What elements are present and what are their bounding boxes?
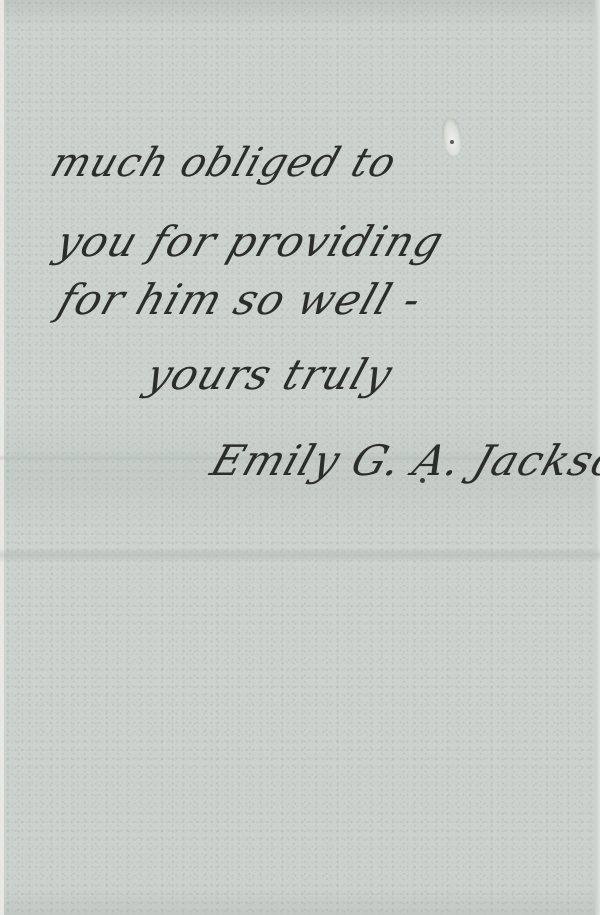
closing-salutation: yours truly bbox=[140, 350, 399, 399]
handwritten-line-1: much obliged to bbox=[45, 140, 403, 186]
stain-spot bbox=[450, 140, 454, 144]
handwritten-line-3: for him so well - bbox=[52, 275, 428, 324]
signature: Emily G. A. Jackson bbox=[205, 436, 600, 485]
paper-fold bbox=[0, 548, 600, 562]
letter-page: much obliged to you for providing for hi… bbox=[0, 0, 600, 915]
paper-tear-mark bbox=[440, 117, 463, 157]
handwritten-line-2: you for providing bbox=[50, 217, 450, 266]
